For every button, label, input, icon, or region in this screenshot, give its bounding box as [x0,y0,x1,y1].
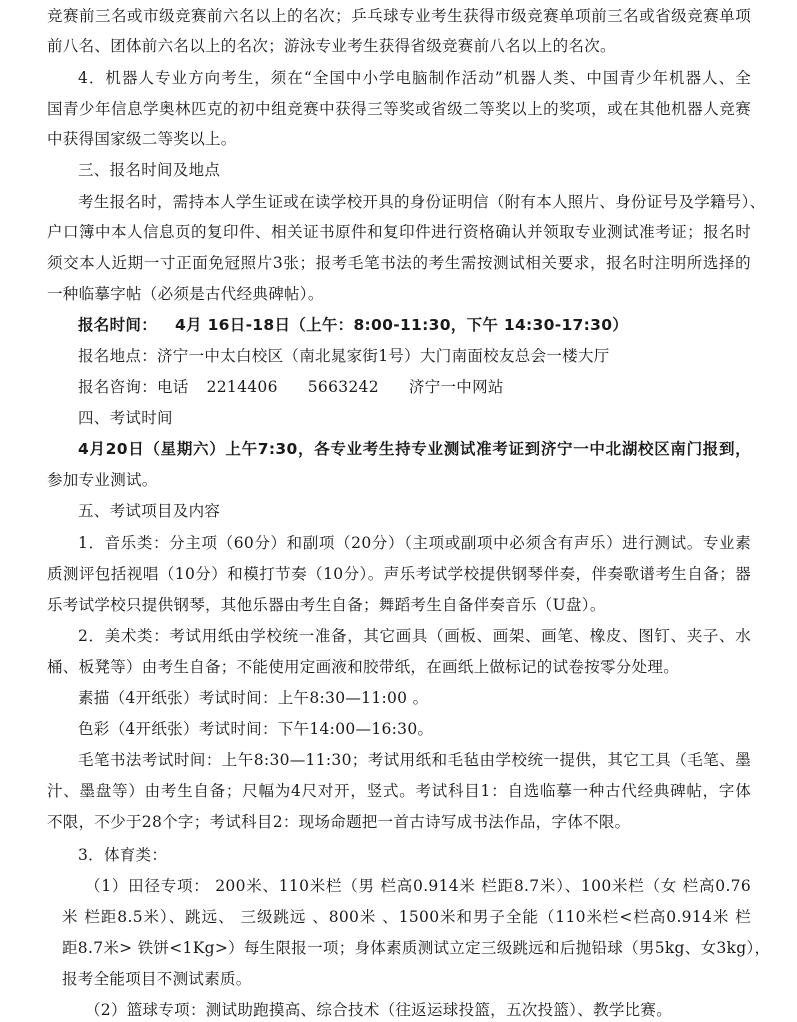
phone-1: 2214406 [207,378,278,396]
registration-time-label: 报名时间： [78,316,157,334]
paragraph-line: 竞赛前三名或市级竞赛前六名以上的名次；乒乓球专业考生获得市级竞赛单项前三名或省级… [47,6,751,26]
section-3-title: 三、报名时间及地点 [78,160,751,180]
paragraph-line: 中获得国家级二等奖以上。 [47,129,751,149]
paragraph-line: 国青少年信息学奥林匹克的初中组竞赛中获得三等奖或省级二等奖以上的奖项，或在其他机… [47,99,751,119]
color-time: 色彩（4开纸张）考试时间：下午14:00—16:30。 [78,719,751,739]
art-line: 桶、板凳等）由考生自备；不能使用定画液和胶带纸，在画纸上做标记的试卷按零分处理。 [47,657,751,677]
paragraph-line: 须交本人近期一寸正面免冠照片3张；报考毛笔书法的考生需按测试相关要求，报名时注明… [47,253,751,273]
registration-time-value: 4月 16日-18日（上午：8:00-11:30，下午 14:30-17:30） [175,316,628,334]
sports-title: 3．体育类： [78,845,751,865]
calligraphy-line: 汁、墨盘等）由考生自备；尺幅为4尺对开，竖式。考试科目1：自选临摹一种古代经典碑… [47,781,751,801]
calligraphy-line: 不限，不少于28个字；考试科目2：现场命题把一首古诗写成书法作品，字体不限。 [47,812,751,832]
sketch-time: 素描（4开纸张）考试时间：上午8:30—11:00 。 [78,688,751,708]
basketball-line: （2）篮球专项：测试助跑摸高、综合技术（往返运球投篮，五次投篮）、教学比赛。 [85,1000,751,1020]
registration-time: 报名时间：4月 16日-18日（上午：8:00-11:30，下午 14:30-1… [78,315,751,335]
registration-place: 报名地点：济宁一中太白校区（南北晁家街1号）大门南面校友总会一楼大厅 [78,346,751,366]
exam-time-line: 参加专业测试。 [47,470,751,490]
section-5-title: 五、考试项目及内容 [78,501,751,521]
track-line: 米 栏距8.5米）、跳远、 三级跳远 、800米 、1500米和男子全能（110… [62,907,751,927]
paragraph-line: 4．机器人专业方向考生，须在“全国中小学电脑制作活动”机器人类、中国青少年机器人… [78,68,751,88]
paragraph-line: 前八名、团体前六名以上的名次；游泳专业考生获得省级竞赛前八名以上的名次。 [47,36,751,56]
calligraphy-line: 毛笔书法考试时间：上午8:30—11:30；考试用纸和毛毡由学校统一提供，其它工… [78,750,751,770]
section-4-title: 四、考试时间 [78,408,751,428]
track-line: 报考全能项目不测试素质。 [62,969,766,989]
paragraph-line: 一种临摹字帖（必须是古代经典碑帖）。 [47,284,751,304]
music-line: 质测评包括视唱（10分）和模打节奏（10分）。声乐考试学校提供钢琴伴奏，伴奏歌谱… [47,564,751,584]
registration-consult: 报名咨询：电话22144065663242济宁一中网站 [78,377,751,397]
website: 济宁一中网站 [409,378,504,396]
music-line: 乐考试学校只提供钢琴，其他乐器由考生自备；舞蹈考生自备伴奏音乐（U盘）。 [47,595,751,615]
track-line: （1）田径专项： 200米、110米栏（男 栏高0.914米 栏距8.7米）、1… [85,876,751,896]
paragraph-line: 户口簿中本人信息页的复印件、相关证书原件和复印件进行资格确认并领取专业测试准考证… [47,222,751,242]
track-line: 距8.7米> 铁饼<1Kg>）每生限报一项；身体素质测试立定三级跳远和后抛铅球（… [62,938,751,958]
art-line: 2．美术类：考试用纸由学校统一准备，其它画具（画板、画架、画笔、橡皮、图钉、夹子… [78,626,751,646]
music-line: 1．音乐类：分主项（60分）和副项（20分）（主项或副项中必须含有声乐）进行测试… [78,533,751,553]
phone-2: 5663242 [308,378,379,396]
exam-time-line: 4月20日（星期六）上午7:30，各专业考生持专业测试准考证到济宁一中北湖校区南… [78,439,751,459]
consult-label: 报名咨询：电话 [78,378,189,396]
paragraph-line: 考生报名时，需持本人学生证或在读学校开具的身份证明信（附有本人照片、身份证号及学… [78,192,751,212]
